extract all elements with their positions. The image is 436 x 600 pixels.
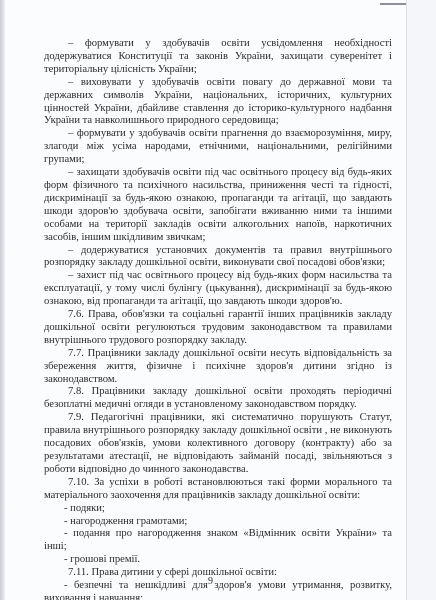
scanned-page: – формувати у здобувачів освіти усвідомл… <box>0 0 407 600</box>
paragraph: 7.9. Педагогічні працівники, які система… <box>44 412 392 477</box>
page-number: 9 <box>208 576 213 587</box>
page-left-shadow <box>0 0 5 600</box>
paragraph: 7.7. Працівники закладу дошкільної освіт… <box>44 348 392 387</box>
scan-mark <box>380 3 406 5</box>
paragraph: 7.8. Працівники закладу дошкільної освіт… <box>44 386 392 412</box>
list-item: - грошові премії. <box>44 554 392 567</box>
paragraph: – додержуватися установчих документів та… <box>44 245 392 271</box>
paragraph: – формувати у здобувачів освіти прагненн… <box>44 128 392 167</box>
paragraph: 7.11. Права дитини у сфері дошкільної ос… <box>44 567 392 580</box>
list-item: - подяки; <box>44 503 392 516</box>
list-item: - подання про нагородження знаком «Відмі… <box>44 528 392 554</box>
paragraph: – захист під час освітнього процесу від … <box>44 270 392 309</box>
list-item: - нагородження грамотами; <box>44 516 392 529</box>
paragraph: – виховувати у здобувачів освіти повагу … <box>44 77 392 129</box>
document-body: – формувати у здобувачів освіти усвідомл… <box>44 38 392 600</box>
paragraph: – формувати у здобувачів освіти усвідомл… <box>44 38 392 77</box>
paragraph: 7.10. За успіхи в роботі встановлюються … <box>44 477 392 503</box>
paragraph: – захищати здобувачів освіти під час осв… <box>44 167 392 244</box>
paragraph: 7.6. Права, обов'язки та соціальні гаран… <box>44 309 392 348</box>
list-item: - безпечні та нешкідливі для здоров'я ум… <box>44 580 392 600</box>
